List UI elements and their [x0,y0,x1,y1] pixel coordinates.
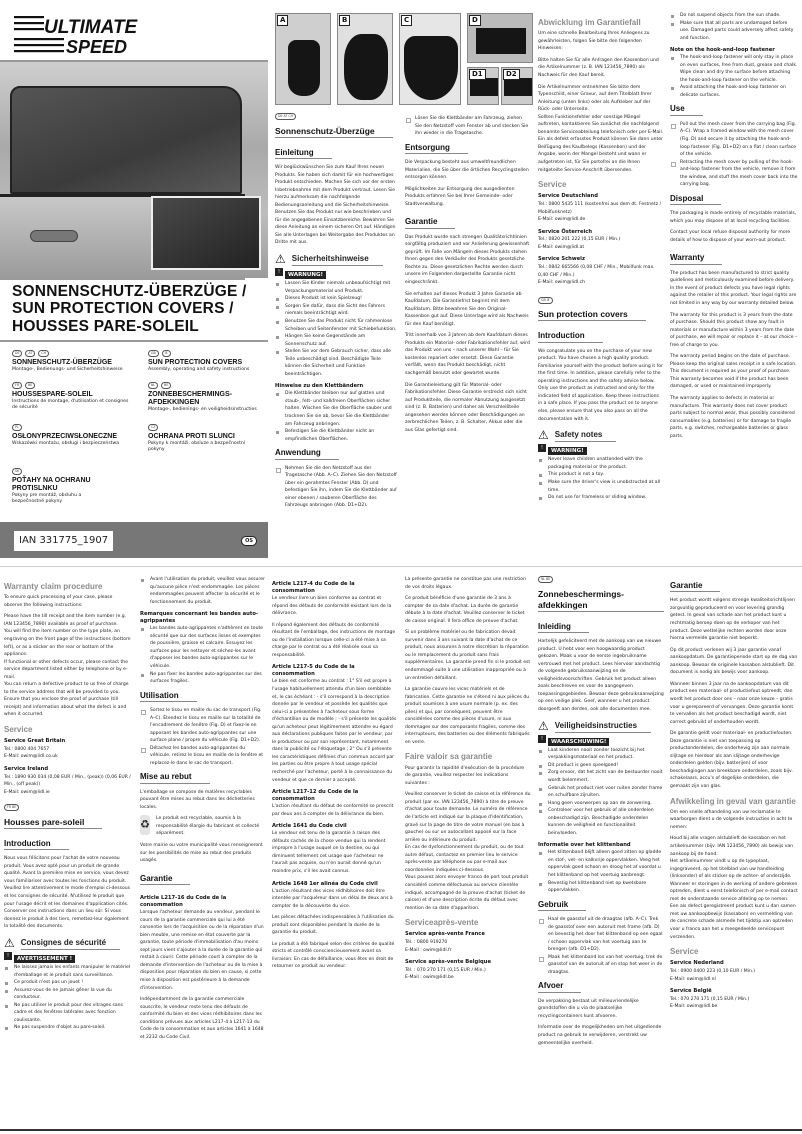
email-link[interactable]: E-Mail: owim@lidl.at [538,244,664,252]
lang-pl: PL OSŁONYPRZECIWSŁONECZNEWskazówki monta… [12,424,144,447]
lang-fr: FRBE HOUSSESPARE-SOLEILInstructions de m… [12,382,132,411]
email-link[interactable]: E-Mail: owim@lidl.ie [4,789,132,797]
de-column-3: Abwicklung im Garantiefall Um eine schne… [538,12,664,502]
service-nl: Service NederlandTel.: 0900 0400 223 (0,… [670,959,798,983]
figure-d2: D2 [501,67,533,105]
figures-strip: A B C D D1 D2 [275,13,533,105]
en-column-1: Do not suspend objects from the sun shad… [670,12,798,444]
nl-column-2: Garantie Het product wordt volgens stren… [670,576,798,1011]
nl-column-1: NL BE Zonnebeschermings-afdekkingen Inle… [538,576,664,1051]
svg-text:ULTIMATE: ULTIMATE [44,17,139,38]
os-badge: OS [241,536,257,546]
fr-column-2: Article L217-4 du Code de la consommatio… [272,576,398,975]
lang-de: DEATCH SONNENSCHUTZ-ÜBERZÜGEMontage-, Be… [12,350,132,373]
figure-b: B [337,13,393,105]
email-link[interactable]: E-Mail: owim@lidl.co.uk [4,753,132,761]
service-at: Service ÖsterreichTel.: 0820 201 222 (0,… [538,228,664,252]
cover-page: ULTIMATE SPEED SONNENSCHUTZ-ÜBERZÜGE / S… [0,0,268,566]
warning-triangle-icon: ⚠ [4,937,15,949]
service-de: Service DeutschlandTel.: 0800 5435 111 (… [538,192,664,223]
warning-triangle-icon: ⚠ [275,253,286,265]
figure-d1: D1 [467,67,499,105]
service-gb: Service Great BritainTel.: 0800 404 7657… [4,737,132,761]
email-link[interactable]: E-Mail: owim@lidl.de [538,216,664,224]
warning-icon: ! [538,444,546,452]
email-link[interactable]: E-Mail: owim@lidl.ch [538,279,664,287]
ultimate-speed-logo: ULTIMATE SPEED [14,12,139,56]
warning-triangle-icon: ⚠ [538,429,549,441]
fr-column-3: La présente garantie ne constitue pas un… [405,576,531,982]
service-be-fr: Service après-vente BelgiqueTél. : 070 2… [405,958,531,982]
figure-a: A [275,13,331,105]
cover-photo-car-window [0,60,268,278]
fr-column-1: Avant l'utilisation du produit, veuillez… [140,576,266,1045]
warning-icon: ! [538,735,546,743]
service-be-nl: Service BelgiëTel.: 070 270 171 (0,15 EU… [670,987,798,1011]
de-column-1: DE AT CH Sonnenschutz-Überzüge Einleitun… [275,113,397,510]
figure-d: D [467,13,533,63]
service-ch: Service SchweizTel.: 0842 665566 (0,08 C… [538,255,664,286]
email-link[interactable]: E-Mail: owim@lidl.be [670,1003,798,1011]
lang-en: GBIE SUN PROTECTION COVERSAssembly, oper… [148,350,268,373]
inset-photo [151,196,261,270]
warning-icon: ! [275,268,283,276]
warning-triangle-icon: ⚠ [538,720,549,732]
de-intro-heading: Einleitung [275,148,332,159]
de-column-2: Lösen Sie die Klettbänder am Fahrzeug, z… [405,115,530,438]
email-link[interactable]: E-Mail: owim@lidl.nl [670,976,798,984]
figure-c: C [399,13,461,105]
lang-cz: CZ OCHRANA PROTI SLUNCIPokyny k montáži,… [148,424,260,453]
email-link[interactable]: E-Mail : owim@lidl.be [405,974,531,982]
warning-icon: ! [4,952,12,960]
service-ie: Service IrelandTel.: 1890 930 034 (0,08 … [4,765,132,796]
service-fr: Service après-vente FranceTél. : 0800 91… [405,930,531,954]
recycling-icon: ♻ [140,815,150,835]
en-column-2: Warranty claim procedure To ensure quick… [4,576,132,1032]
lang-nl: NLBE ZONNEBESCHERMINGS-AFDEKKINGENMontag… [148,382,268,413]
de-title: Sonnenschutz-Überzüge [275,126,393,138]
ian-number: IAN 331775_1907 [14,531,113,551]
lang-sk: SK POŤAHY NA OCHRANU PROTISLNKUPokyny pr… [12,468,104,505]
svg-text:SPEED: SPEED [66,37,127,56]
ian-bar: IAN 331775_1907 OS [0,522,268,558]
cover-title: SONNENSCHUTZ-ÜBERZÜGE / SUN PROTECTION C… [12,283,247,335]
email-link[interactable]: E-Mail : owim@lidl.fr [405,947,531,955]
